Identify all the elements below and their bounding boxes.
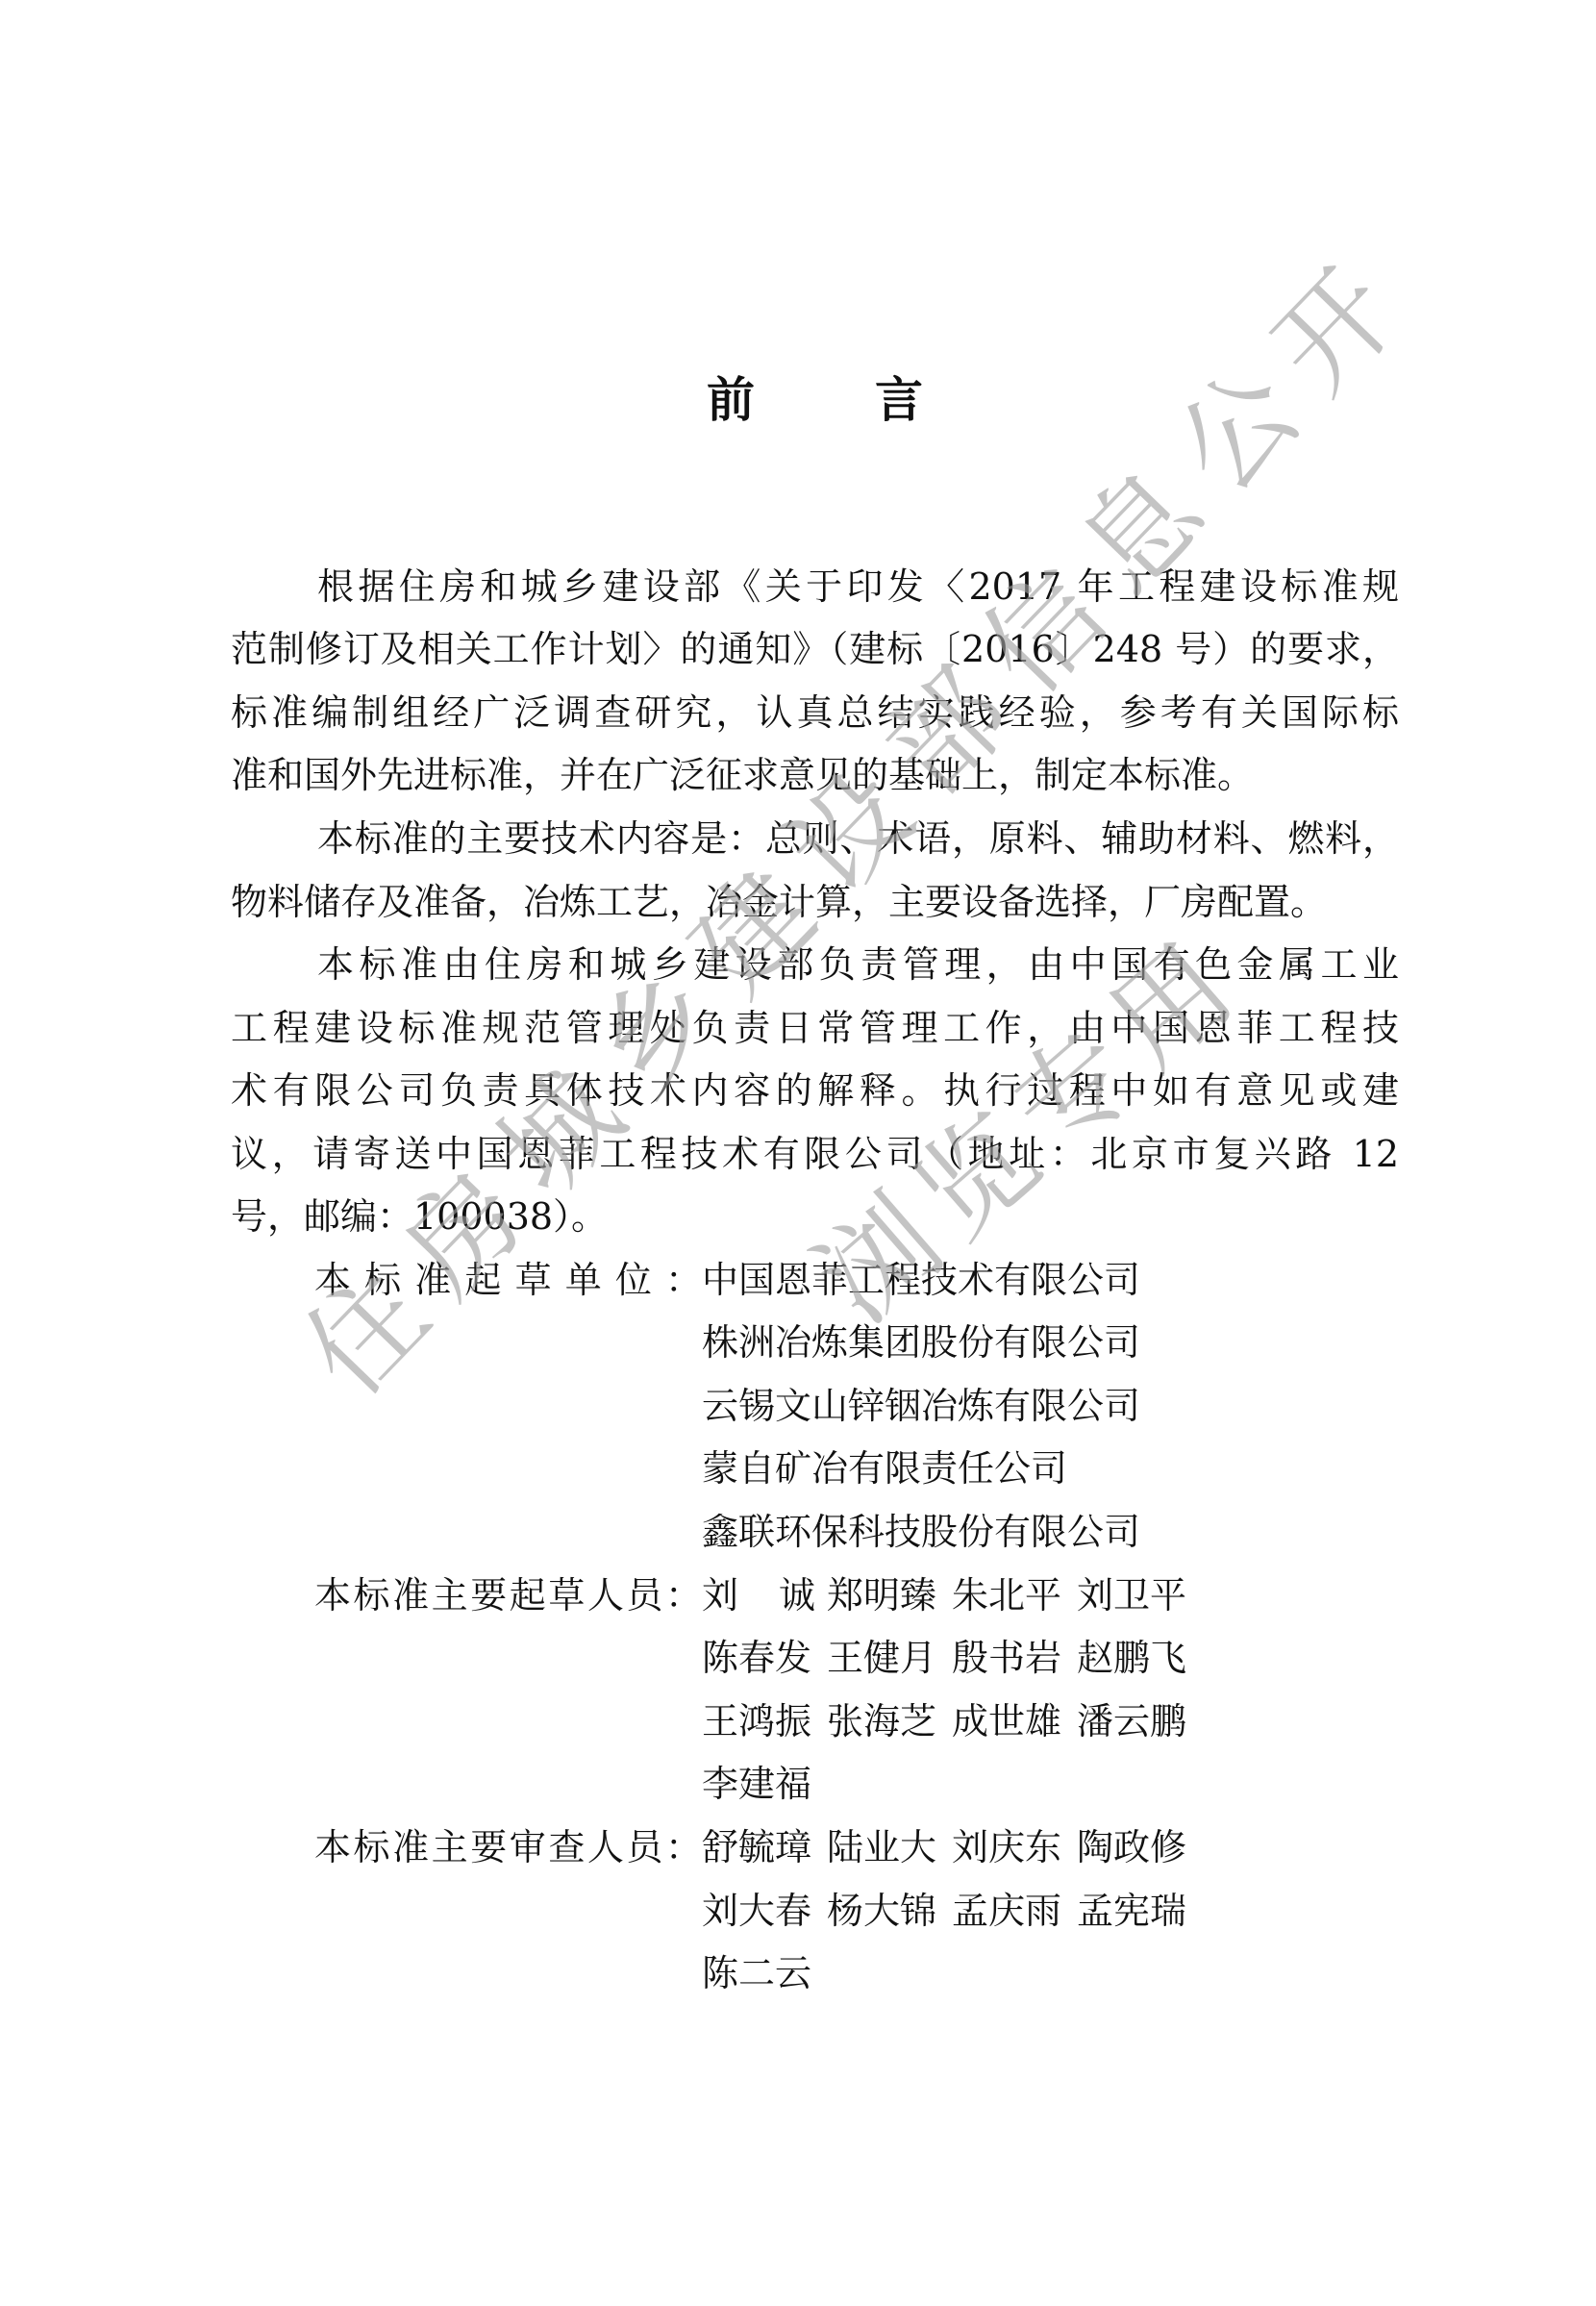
- name-row: 陈春发 王健月 殷书岩 赵鹏飞: [702, 1634, 1202, 1682]
- person-name: 杨大锦: [827, 1887, 952, 1935]
- person-name: 王健月: [827, 1634, 952, 1682]
- person-name: 郑明臻: [827, 1571, 952, 1619]
- person-name: 赵鹏飞: [1077, 1634, 1202, 1682]
- main-reviewers-label: 本标准主要审查人员：: [314, 1823, 702, 1871]
- paragraph-line: 本标准的主要技术内容是：总则、术语，原料、辅助材料、燃料，: [317, 815, 1399, 863]
- person-name: 陈二云: [702, 1949, 827, 1997]
- person-name: 孟宪瑞: [1077, 1887, 1202, 1935]
- person-name: 舒毓璋: [702, 1823, 827, 1871]
- person-name: 陶政修: [1077, 1823, 1202, 1871]
- person-name: 潘云鹏: [1077, 1697, 1202, 1745]
- paragraph-line: 本标准由住房和城乡建设部负责管理，由中国有色金属工业: [317, 940, 1399, 989]
- page-title: 前 言: [707, 367, 923, 425]
- paragraph-line: 术有限公司负责具体技术内容的解释。执行过程中如有意见或建: [231, 1066, 1399, 1115]
- person-name: 刘诚: [702, 1571, 827, 1619]
- main-drafters-label: 本标准主要起草人员：: [314, 1571, 702, 1619]
- person-name: 殷书岩: [952, 1634, 1077, 1682]
- drafting-units-label: 本标准起草单位：: [314, 1256, 702, 1304]
- person-name: 李建福: [702, 1760, 827, 1808]
- drafting-unit: 中国恩菲工程技术有限公司: [702, 1256, 1140, 1304]
- person-name: 朱北平: [952, 1571, 1077, 1619]
- paragraph-line: 工程建设标准规范管理处负责日常管理工作，由中国恩菲工程技: [231, 1004, 1399, 1052]
- person-name: 陈春发: [702, 1634, 827, 1682]
- drafting-unit: 株洲冶炼集团股份有限公司: [702, 1318, 1140, 1366]
- name-row: 陈二云: [702, 1949, 827, 1997]
- title-char-1: 前: [707, 362, 755, 431]
- name-row: 王鸿振 张海芝 成世雄 潘云鹏: [702, 1697, 1202, 1745]
- person-name: 陆业大: [827, 1823, 952, 1871]
- name-row: 李建福: [702, 1760, 827, 1808]
- paragraph-line: 物料储存及准备，冶炼工艺，冶金计算，主要设备选择，厂房配置。: [231, 878, 1399, 926]
- drafting-unit: 鑫联环保科技股份有限公司: [702, 1508, 1140, 1556]
- name-row: 刘诚 郑明臻 朱北平 刘卫平: [702, 1571, 1202, 1619]
- drafting-unit: 蒙自矿冶有限责任公司: [702, 1444, 1067, 1492]
- person-name: 刘卫平: [1077, 1571, 1202, 1619]
- name-row: 刘大春 杨大锦 孟庆雨 孟宪瑞: [702, 1887, 1202, 1935]
- person-name: 成世雄: [952, 1697, 1077, 1745]
- title-char-2: 言: [875, 362, 923, 431]
- person-name: 王鸿振: [702, 1697, 827, 1745]
- paragraph-line: 号，邮编：100038）。: [231, 1192, 1399, 1241]
- paragraph-line: 议，请寄送中国恩菲工程技术有限公司（地址：北京市复兴路 12: [231, 1130, 1399, 1178]
- paragraph-line: 范制修订及相关工作计划〉的通知》（建标〔2016〕248 号）的要求，: [231, 625, 1399, 673]
- document-page: 前 言 根据住房和城乡建设部《关于印发〈2017 年工程建设标准规 范制修订及相…: [0, 0, 1596, 2306]
- paragraph-line: 根据住房和城乡建设部《关于印发〈2017 年工程建设标准规: [317, 563, 1399, 611]
- person-name: 刘大春: [702, 1887, 827, 1935]
- paragraph-line: 标准编制组经广泛调查研究，认真总结实践经验，参考有关国际标: [231, 689, 1399, 737]
- person-name: 孟庆雨: [952, 1887, 1077, 1935]
- person-name: 张海芝: [827, 1697, 952, 1745]
- person-name: 刘庆东: [952, 1823, 1077, 1871]
- name-row: 舒毓璋 陆业大 刘庆东 陶政修: [702, 1823, 1202, 1871]
- drafting-unit: 云锡文山锌铟冶炼有限公司: [702, 1382, 1140, 1430]
- paragraph-line: 准和国外先进标准，并在广泛征求意见的基础上，制定本标准。: [231, 751, 1399, 799]
